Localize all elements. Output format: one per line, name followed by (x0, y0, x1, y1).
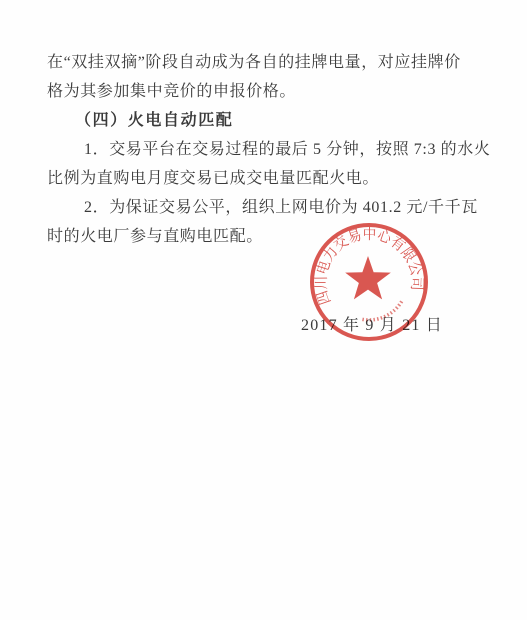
body-line: 1．交易平台在交易过程的最后 5 分钟，按照 7:3 的水火 (47, 135, 487, 164)
star-icon (345, 256, 391, 299)
body-line: 在“双挂双摘”阶段自动成为各自的挂牌电量，对应挂牌价 (47, 48, 487, 77)
document-page: 在“双挂双摘”阶段自动成为各自的挂牌电量，对应挂牌价 格为其参加集中竞价的申报价… (0, 0, 527, 620)
official-seal: 四川电力交易中心有限公司 (306, 219, 432, 345)
section-heading: （四）火电自动匹配 (47, 106, 487, 135)
body-line: 格为其参加集中竞价的申报价格。 (47, 77, 487, 106)
seal-microtext-arc (362, 301, 402, 320)
body-line: 2．为保证交易公平，组织上网电价为 401.2 元/千千瓦 (47, 193, 487, 222)
body-line: 比例为直购电月度交易已成交电量匹配火电。 (47, 164, 487, 193)
